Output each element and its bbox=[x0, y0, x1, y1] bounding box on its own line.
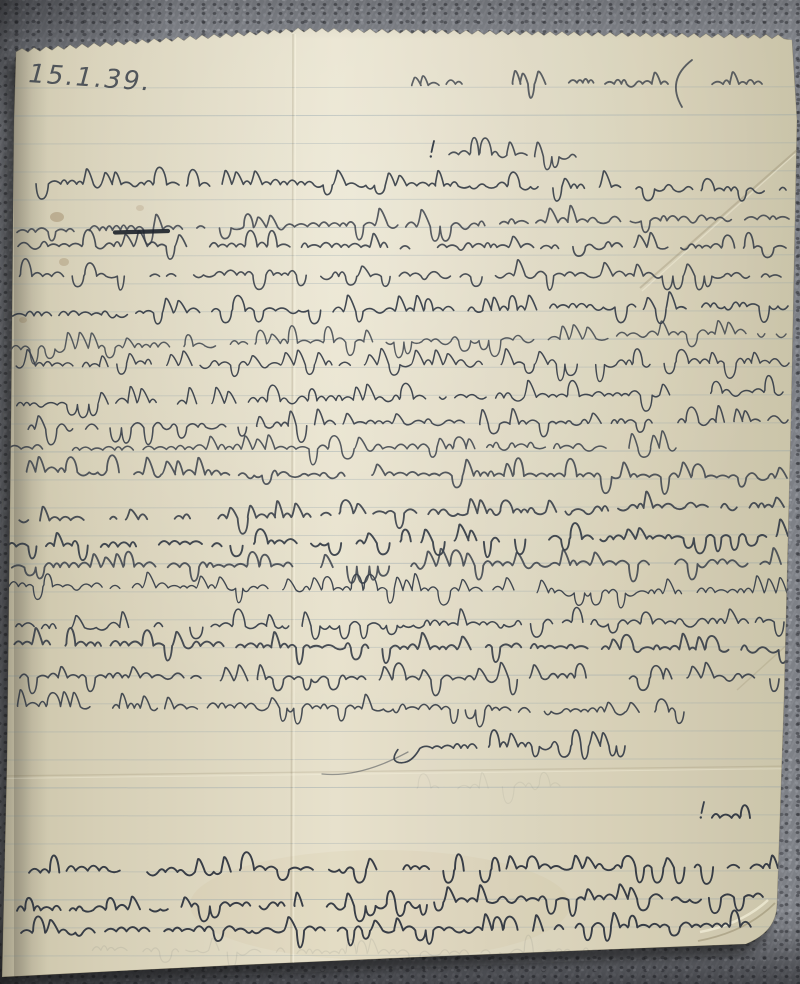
exclamation-dot bbox=[430, 155, 432, 157]
ink-stain bbox=[136, 205, 144, 211]
right-half-lighten bbox=[293, 0, 800, 984]
exclamation-dot bbox=[700, 816, 702, 818]
paper-surface: 15.1.39. bbox=[0, 0, 800, 984]
left-edge-inner-shadow bbox=[14, 30, 48, 980]
photograph-of-letter: 15.1.39. bbox=[0, 0, 800, 984]
letter-scene: 15.1.39. bbox=[0, 0, 800, 984]
bottom-discoloration bbox=[190, 850, 570, 960]
ink-stain bbox=[59, 258, 69, 266]
ink-stain bbox=[50, 212, 64, 222]
ink-stain bbox=[19, 317, 27, 323]
underline-stroke bbox=[115, 231, 168, 233]
